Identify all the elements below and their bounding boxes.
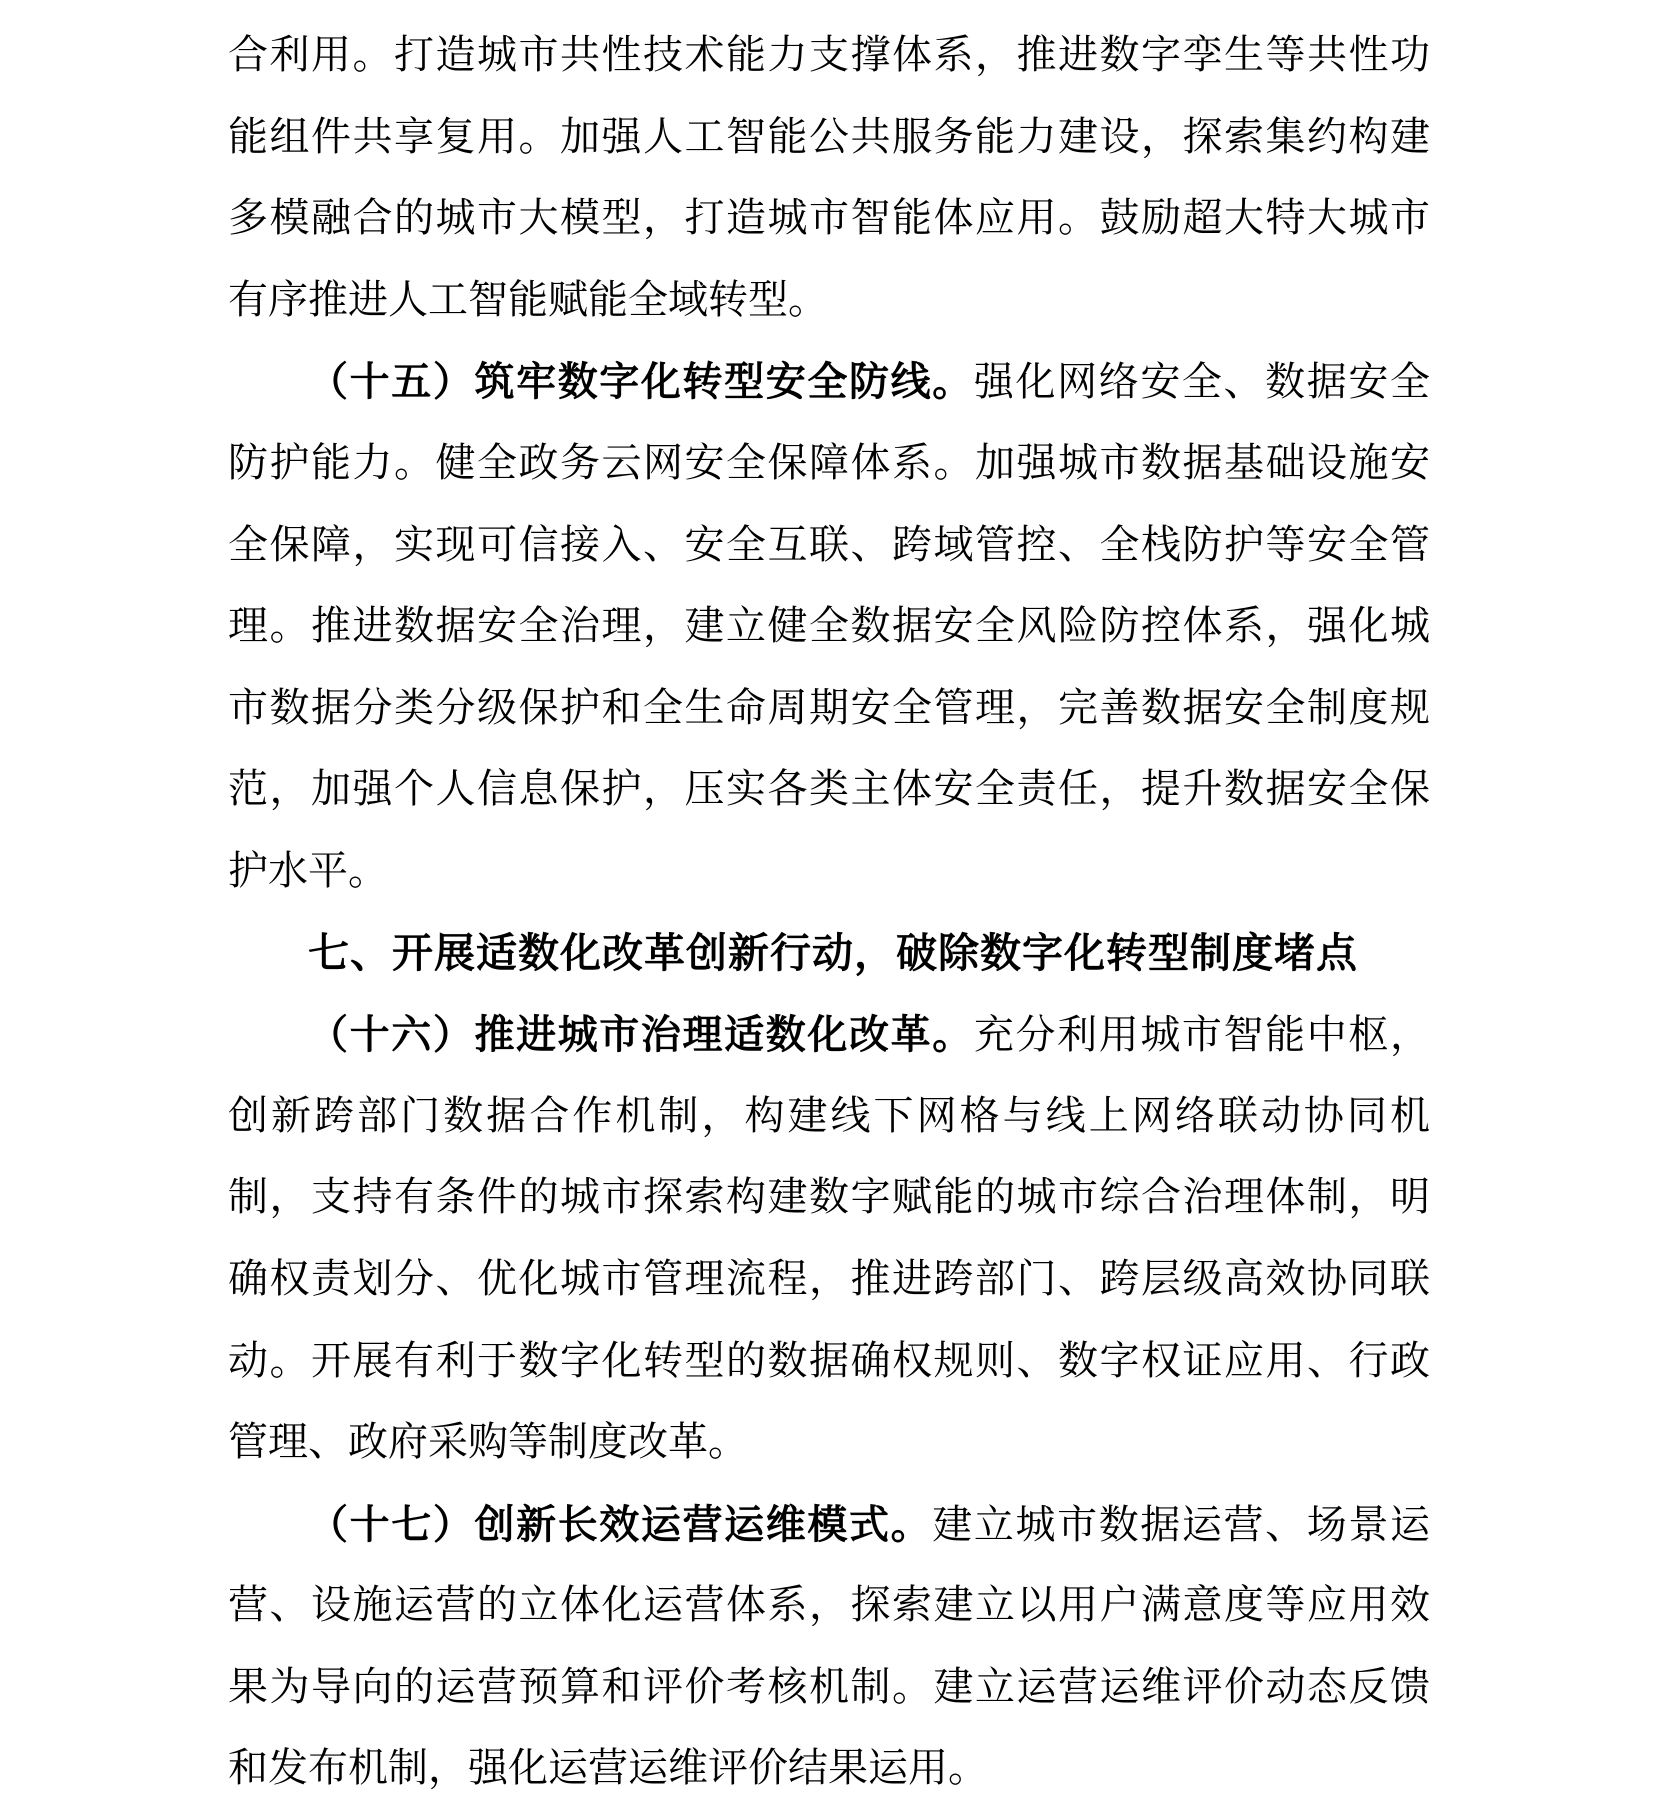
- paragraph-continuation-line: 能组件共享复用。加强人工智能公共服务能力建设，探索集约构建: [228, 97, 1430, 179]
- item-16-first-line: （十六）推进城市治理适数化改革。充分利用城市智能中枢，: [228, 994, 1430, 1076]
- item-17-lead-rest: 建立城市数据运营、场景运: [932, 1502, 1430, 1548]
- item-15-line: 范，加强个人信息保护，压实各类主体安全责任，提升数据安全保: [228, 749, 1430, 831]
- item-17-line: 果为导向的运营预算和评价考核机制。建立运营运维评价动态反馈: [228, 1647, 1430, 1729]
- item-16-lead: （十六）推进城市治理适数化改革。: [308, 1011, 974, 1058]
- item-15-line: 护水平。: [228, 831, 1430, 913]
- document-page: 合利用。打造城市共性技术能力支撑体系，推进数字孪生等共性功 能组件共享复用。加强…: [0, 0, 1654, 1811]
- item-17-first-line: （十七）创新长效运营运维模式。建立城市数据运营、场景运: [228, 1484, 1430, 1566]
- item-16-lead-rest: 充分利用城市智能中枢，: [974, 1012, 1430, 1058]
- item-16-line: 制，支持有条件的城市探索构建数字赋能的城市综合治理体制，明: [228, 1157, 1430, 1239]
- paragraph-continuation-line: 有序推进人工智能赋能全域转型。: [228, 260, 1430, 342]
- item-15-lead: （十五）筑牢数字化转型安全防线。: [308, 358, 974, 405]
- item-16-line: 创新跨部门数据合作机制，构建线下网格与线上网络联动协同机: [228, 1076, 1430, 1158]
- item-17-lead: （十七）创新长效运营运维模式。: [308, 1501, 932, 1548]
- item-15-line: 防护能力。健全政务云网安全保障体系。加强城市数据基础设施安: [228, 423, 1430, 505]
- item-15-line: 理。推进数据安全治理，建立健全数据安全风险防控体系，强化城: [228, 586, 1430, 668]
- item-16-line: 确权责划分、优化城市管理流程，推进跨部门、跨层级高效协同联: [228, 1239, 1430, 1321]
- item-15-line: 市数据分类分级保护和全生命周期安全管理，完善数据安全制度规: [228, 668, 1430, 750]
- item-15-line: 全保障，实现可信接入、安全互联、跨域管控、全栈防护等安全管: [228, 505, 1430, 587]
- item-15-lead-rest: 强化网络安全、数据安全: [974, 359, 1430, 405]
- item-16-line: 动。开展有利于数字化转型的数据确权规则、数字权证应用、行政: [228, 1321, 1430, 1403]
- item-15-first-line: （十五）筑牢数字化转型安全防线。强化网络安全、数据安全: [228, 341, 1430, 423]
- paragraph-continuation-line: 合利用。打造城市共性技术能力支撑体系，推进数字孪生等共性功: [228, 15, 1430, 97]
- item-17-line: 和发布机制，强化运营运维评价结果运用。: [228, 1728, 1430, 1810]
- section-7-heading: 七、开展适数化改革创新行动，破除数字化转型制度堵点: [228, 913, 1430, 995]
- item-17-line: 营、设施运营的立体化运营体系，探索建立以用户满意度等应用效: [228, 1565, 1430, 1647]
- item-16-line: 管理、政府采购等制度改革。: [228, 1402, 1430, 1484]
- paragraph-continuation-line: 多模融合的城市大模型，打造城市智能体应用。鼓励超大特大城市: [228, 178, 1430, 260]
